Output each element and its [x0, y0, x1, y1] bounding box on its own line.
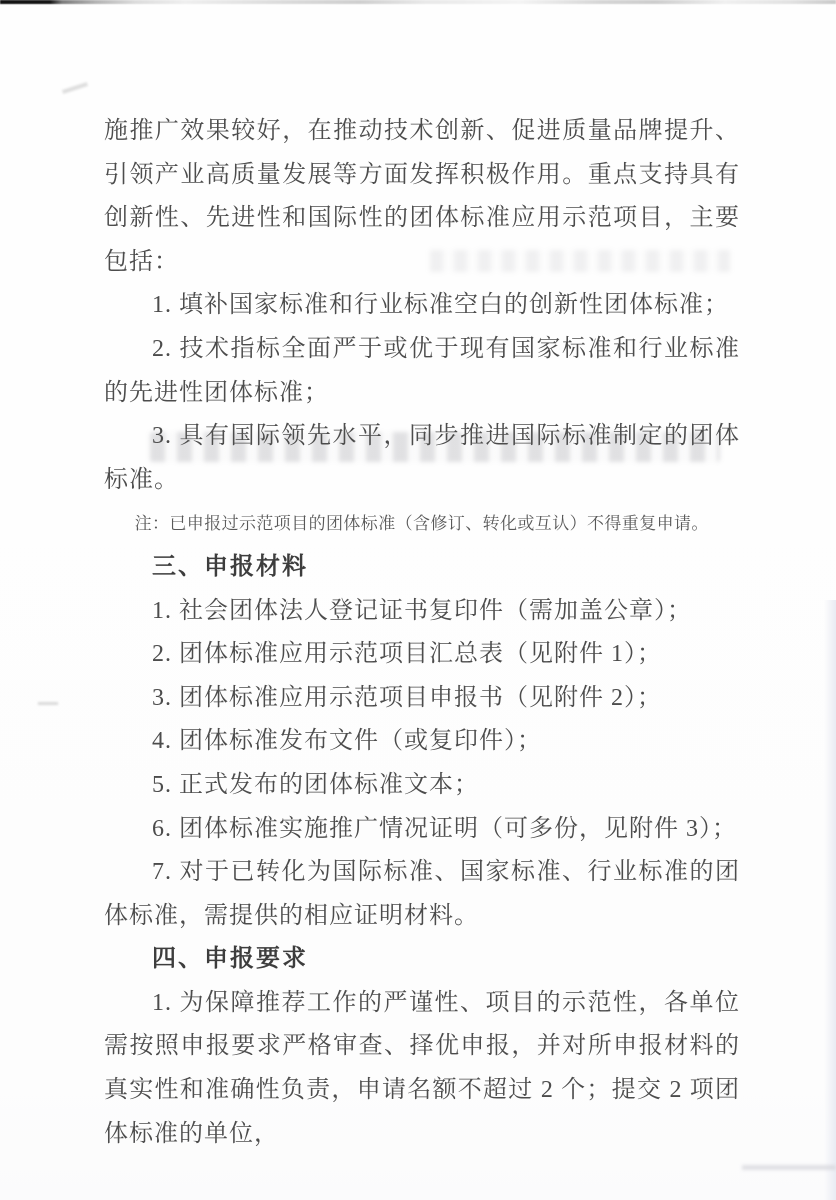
- criteria-item-innovative: 1. 填补国家标准和行业标准空白的创新性团体标准；: [104, 284, 740, 328]
- scan-artifact-right-edge-shadow: [824, 600, 836, 1200]
- material-item-1: 1. 社会团体法人登记证书复印件（需加盖公章）；: [104, 590, 740, 634]
- scan-artifact-top-edge: [0, 0, 836, 4]
- criteria-item-international: 3. 具有国际领先水平，同步推进国际标准制定的团体标准。: [104, 415, 740, 502]
- material-item-3: 3. 团体标准应用示范项目申报书（见附件 2）；: [104, 677, 740, 721]
- material-item-6: 6. 团体标准实施推广情况证明（可多份，见附件 3）；: [104, 808, 740, 852]
- section-heading-requirements: 四、申报要求: [104, 938, 740, 982]
- note-line: 注：已申报过示范项目的团体标准（含修订、转化或互认）不得重复申请。: [104, 502, 740, 546]
- section-heading-materials: 三、申报材料: [104, 546, 740, 590]
- material-item-2: 2. 团体标准应用示范项目汇总表（见附件 1）；: [104, 633, 740, 677]
- scan-artifact-bottom-smudge: [742, 1165, 836, 1170]
- requirement-item-1: 1. 为保障推荐工作的严谨性、项目的示范性，各单位需按照申报要求严格审查、择优申…: [104, 982, 740, 1156]
- material-item-4: 4. 团体标准发布文件（或复印件）；: [104, 720, 740, 764]
- material-item-7: 7. 对于已转化为国际标准、国家标准、行业标准的团体标准，需提供的相应证明材料。: [104, 851, 740, 938]
- document-text-block: 施推广效果较好，在推动技术创新、促进质量品牌提升、引领产业高质量发展等方面发挥积…: [104, 110, 740, 1156]
- scanned-page: 施推广效果较好，在推动技术创新、促进质量品牌提升、引领产业高质量发展等方面发挥积…: [0, 0, 836, 1200]
- scan-artifact-speck: [62, 82, 88, 94]
- scan-artifact-speck: [38, 702, 58, 705]
- material-item-5: 5. 正式发布的团体标准文本；: [104, 764, 740, 808]
- criteria-item-advanced: 2. 技术指标全面严于或优于现有国家标准和行业标准的先进性团体标准；: [104, 328, 740, 415]
- continuation-paragraph: 施推广效果较好，在推动技术创新、促进质量品牌提升、引领产业高质量发展等方面发挥积…: [104, 110, 740, 284]
